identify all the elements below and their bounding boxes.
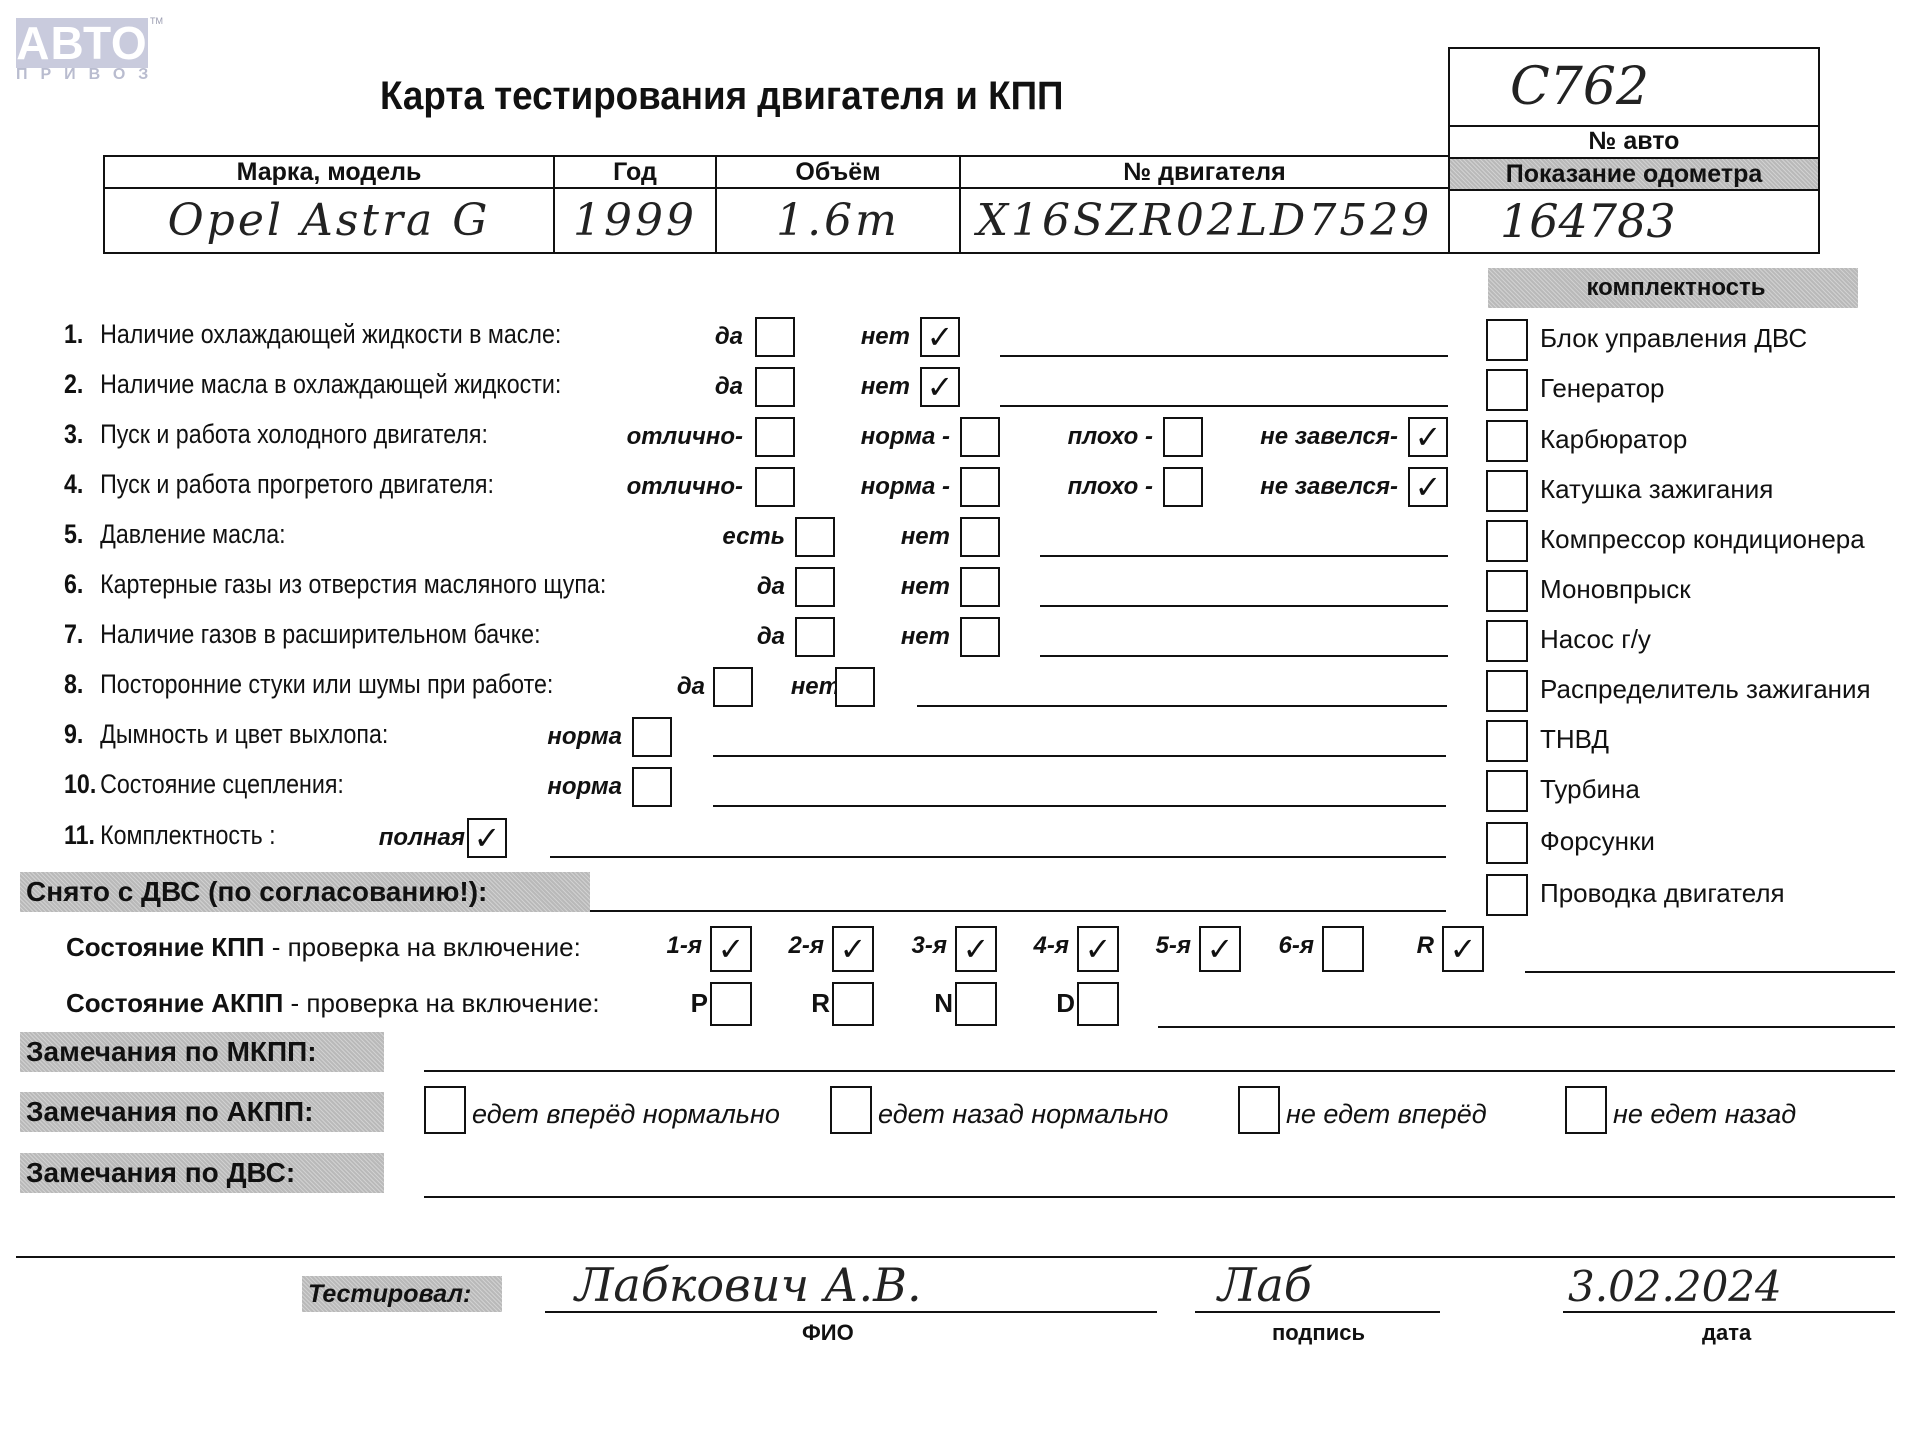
kit-item-label: Генератор [1540,373,1665,404]
check-item-label: Посторонние стуки или шумы при работе: [100,669,553,699]
odometer-value: 164783 [1500,194,1676,248]
kit-checkbox-12[interactable] [1486,874,1528,916]
checkbox-11-1[interactable]: ✓ [467,818,507,858]
kit-checkbox-6[interactable] [1486,570,1528,612]
completeness-header: комплектность [1488,268,1858,308]
option-label: норма [547,723,622,751]
auto-number-value: C762 [1510,57,1649,117]
kpp-label: Состояние КПП - проверка на включение: [66,932,581,963]
kit-item-label: Форсунки [1540,826,1655,857]
checkbox-3-1[interactable] [755,417,795,457]
check-item-number: 4. [64,469,100,500]
gear-label: 1-я [667,932,702,960]
remarks-mkpp-label: Замечания по МКПП: [20,1032,384,1072]
checkbox-3-3[interactable] [1163,417,1203,457]
table-header-0: Марка, модель [103,155,555,189]
check-item-number: 10. [64,769,100,800]
gear-label: 3-я [912,932,947,960]
kit-item-label: Распределитель зажигания [1540,674,1871,705]
check-item-label: Наличие охлаждающей жидкости в масле: [100,319,561,349]
checkbox-9-1[interactable] [632,717,672,757]
akpp-remark-label: не едет вперёд [1286,1099,1487,1130]
option-label: плохо - [1068,423,1153,451]
check-item-number: 2. [64,369,100,400]
option-label: норма - [861,473,950,501]
checkbox-10-1[interactable] [632,767,672,807]
gear-label: 6-я [1279,932,1314,960]
auto-number-field[interactable]: C762 [1448,47,1820,127]
remarks-mkpp-line[interactable] [424,1070,1895,1072]
akpp-remark-checkbox-1[interactable] [424,1086,466,1134]
kit-checkbox-9[interactable] [1486,720,1528,762]
kit-item-label: Моновпрыск [1540,574,1691,605]
table-header-3: № двигателя [959,155,1450,189]
mode-checkbox-D[interactable] [1077,982,1119,1026]
check-item-6: 6.Картерные газы из отверстия масляного … [64,569,606,600]
note-line-2[interactable] [1000,405,1448,407]
gear-label: 5-я [1156,932,1191,960]
gear-checkbox-R[interactable]: ✓ [1442,926,1484,972]
checkbox-5-1[interactable] [795,517,835,557]
akpp-remark-label: едет назад нормально [878,1099,1168,1130]
option-label: отлично- [627,423,743,451]
remarks-dvs-label: Замечания по ДВС: [20,1153,384,1193]
table-value-3: X16SZR02LD7529 [977,195,1433,246]
check-item-number: 9. [64,719,100,750]
mode-checkbox-R[interactable] [832,982,874,1026]
note-line-10[interactable] [713,805,1446,807]
akpp-note-line[interactable] [1158,1026,1895,1028]
check-item-number: 7. [64,619,100,650]
mode-label: P [691,988,708,1019]
option-label: норма - [861,423,950,451]
checkbox-5-2[interactable] [960,517,1000,557]
checkbox-4-2[interactable] [960,467,1000,507]
checkbox-1-1[interactable] [755,317,795,357]
mode-label: D [1056,988,1075,1019]
check-item-label: Дымность и цвет выхлопа: [100,719,388,749]
akpp-remark-label: едет вперёд нормально [472,1099,780,1130]
tested-by-label: Тестировал: [302,1276,502,1312]
date-line[interactable] [1563,1311,1895,1313]
check-item-number: 3. [64,419,100,450]
table-value-cell-1[interactable]: 1999 [553,187,717,254]
option-label: не завелся- [1260,473,1398,501]
table-value-1: 1999 [573,195,697,246]
gear-label: 2-я [789,932,824,960]
kit-checkbox-7[interactable] [1486,620,1528,662]
table-header-1: Год [553,155,717,189]
kit-checkbox-1[interactable] [1486,319,1528,361]
option-label: нет [861,323,910,351]
kit-checkbox-8[interactable] [1486,670,1528,712]
check-item-number: 6. [64,569,100,600]
check-item-label: Состояние сцепления: [100,769,344,799]
akpp-label-bold: Состояние АКПП [66,988,283,1018]
kit-item-label: Блок управления ДВС [1540,323,1807,354]
option-label: полная [379,824,465,852]
check-item-label: Наличие газов в расширительном бачке: [100,619,540,649]
mode-label: N [934,988,953,1019]
kit-checkbox-11[interactable] [1486,822,1528,864]
gear-checkbox-5-я[interactable]: ✓ [1199,926,1241,972]
check-item-11: 11.Комплектность : [64,820,276,851]
table-value-2: 1.6т [776,195,900,246]
kit-checkbox-5[interactable] [1486,520,1528,562]
check-item-8: 8.Посторонние стуки или шумы при работе: [64,669,553,700]
table-header-2: Объём [715,155,961,189]
checkbox-4-1[interactable] [755,467,795,507]
trademark: TM [150,16,163,26]
akpp-remark-checkbox-3[interactable] [1238,1086,1280,1134]
gear-checkbox-3-я[interactable]: ✓ [955,926,997,972]
table-value-0: Opel Astra G [168,195,491,246]
remarks-akpp-label: Замечания по АКПП: [20,1092,384,1132]
checkbox-2-2[interactable]: ✓ [920,367,960,407]
akpp-label-rest: - проверка на включение: [283,988,599,1018]
check-item-label: Давление масла: [100,519,285,549]
check-item-label: Картерные газы из отверстия масляного щу… [100,569,606,599]
akpp-remark-checkbox-2[interactable] [830,1086,872,1134]
kit-item-label: Проводка двигателя [1540,878,1785,909]
option-label: нет [901,523,950,551]
table-value-cell-2[interactable]: 1.6т [715,187,961,254]
checkbox-1-2[interactable]: ✓ [920,317,960,357]
logo: АВТО [16,18,148,68]
check-item-9: 9.Дымность и цвет выхлопа: [64,719,388,750]
option-label: нет [901,573,950,601]
check-item-5: 5.Давление масла: [64,519,286,550]
checkbox-6-1[interactable] [795,567,835,607]
note-line-6[interactable] [1040,605,1448,607]
check-item-10: 10.Состояние сцепления: [64,769,344,800]
checkbox-6-2[interactable] [960,567,1000,607]
kit-checkbox-2[interactable] [1486,369,1528,411]
checkbox-8-1[interactable] [713,667,753,707]
option-label: норма [547,773,622,801]
akpp-remark-label: не едет назад [1613,1099,1796,1130]
option-label: да [757,573,785,601]
odometer-field[interactable]: 164783 [1448,189,1820,254]
mode-checkbox-P[interactable] [710,982,752,1026]
check-item-number: 5. [64,519,100,550]
checkbox-8-2[interactable] [835,667,875,707]
option-label: да [677,673,705,701]
option-label: плохо - [1068,473,1153,501]
option-label: нет [791,673,840,701]
option-label: да [715,373,743,401]
option-label: нет [901,623,950,651]
check-item-label: Пуск и работа прогретого двигателя: [100,469,494,499]
gear-label: R [1417,932,1434,960]
checkbox-7-1[interactable] [795,617,835,657]
option-label: да [715,323,743,351]
removed-label: Снято с ДВС (по согласованию!): [20,872,590,912]
option-label: не завелся- [1260,423,1398,451]
removed-line[interactable] [590,910,1446,912]
odometer-label: Показание одометра [1448,157,1820,191]
divider [16,1256,1895,1258]
option-label: отлично- [627,473,743,501]
note-line-8[interactable] [917,705,1447,707]
check-item-label: Комплектность : [100,820,275,850]
signature-caption: подпись [1272,1320,1365,1346]
table-value-cell-0[interactable]: Opel Astra G [103,187,555,254]
check-item-number: 11. [64,820,100,851]
kit-item-label: Катушка зажигания [1540,474,1773,505]
signature: Лаб [1218,1258,1312,1312]
note-line-9[interactable] [713,755,1446,757]
kit-item-label: ТНВД [1540,724,1609,755]
table-value-cell-3[interactable]: X16SZR02LD7529 [959,187,1450,254]
check-item-4: 4.Пуск и работа прогретого двигателя: [64,469,494,500]
auto-number-label: № авто [1448,125,1820,159]
gear-checkbox-4-я[interactable]: ✓ [1077,926,1119,972]
mode-checkbox-N[interactable] [955,982,997,1026]
option-label: да [757,623,785,651]
checkbox-3-4[interactable]: ✓ [1408,417,1448,457]
note-line-11[interactable] [550,856,1446,858]
note-line-5[interactable] [1040,555,1448,557]
kit-item-label: Турбина [1540,774,1640,805]
note-line-1[interactable] [1000,355,1448,357]
name-line[interactable] [545,1311,1157,1313]
name-caption: ФИО [802,1320,854,1346]
check-item-1: 1.Наличие охлаждающей жидкости в масле: [64,319,561,350]
gear-checkbox-1-я[interactable]: ✓ [710,926,752,972]
check-item-7: 7.Наличие газов в расширительном бачке: [64,619,541,650]
check-item-number: 1. [64,319,100,350]
kpp-label-bold: Состояние КПП [66,932,265,962]
kit-checkbox-3[interactable] [1486,420,1528,462]
gear-label: 4-я [1034,932,1069,960]
page-title: Карта тестирования двигателя и КПП [380,74,1063,119]
check-item-label: Наличие масла в охлаждающей жидкости: [100,369,561,399]
kpp-label-rest: - проверка на включение: [265,932,581,962]
check-item-label: Пуск и работа холодного двигателя: [100,419,488,449]
akpp-label: Состояние АКПП - проверка на включение: [66,988,600,1019]
kpp-note-line[interactable] [1525,971,1895,973]
mode-label: R [811,988,830,1019]
option-label: есть [722,523,785,551]
gear-checkbox-2-я[interactable]: ✓ [832,926,874,972]
checkbox-4-3[interactable] [1163,467,1203,507]
kit-item-label: Компрессор кондиционера [1540,524,1865,555]
checkbox-2-1[interactable] [755,367,795,407]
remarks-dvs-line[interactable] [424,1196,1895,1198]
kit-item-label: Насос г/у [1540,624,1651,655]
gear-checkbox-6-я[interactable] [1322,926,1364,972]
kit-checkbox-4[interactable] [1486,470,1528,512]
checkbox-4-4[interactable]: ✓ [1408,467,1448,507]
test-date: 3.02.2024 [1568,1262,1782,1311]
kit-checkbox-10[interactable] [1486,770,1528,812]
check-item-2: 2.Наличие масла в охлаждающей жидкости: [64,369,561,400]
checkbox-7-2[interactable] [960,617,1000,657]
signature-line[interactable] [1195,1311,1440,1313]
note-line-7[interactable] [1040,655,1448,657]
logo-subtitle: ПРИВОЗ [16,66,156,84]
check-item-3: 3.Пуск и работа холодного двигателя: [64,419,488,450]
date-caption: дата [1702,1320,1751,1346]
check-item-number: 8. [64,669,100,700]
tester-name: Лабкович А.В. [575,1258,922,1312]
akpp-remark-checkbox-4[interactable] [1565,1086,1607,1134]
option-label: нет [861,373,910,401]
checkbox-3-2[interactable] [960,417,1000,457]
kit-item-label: Карбюратор [1540,424,1687,455]
